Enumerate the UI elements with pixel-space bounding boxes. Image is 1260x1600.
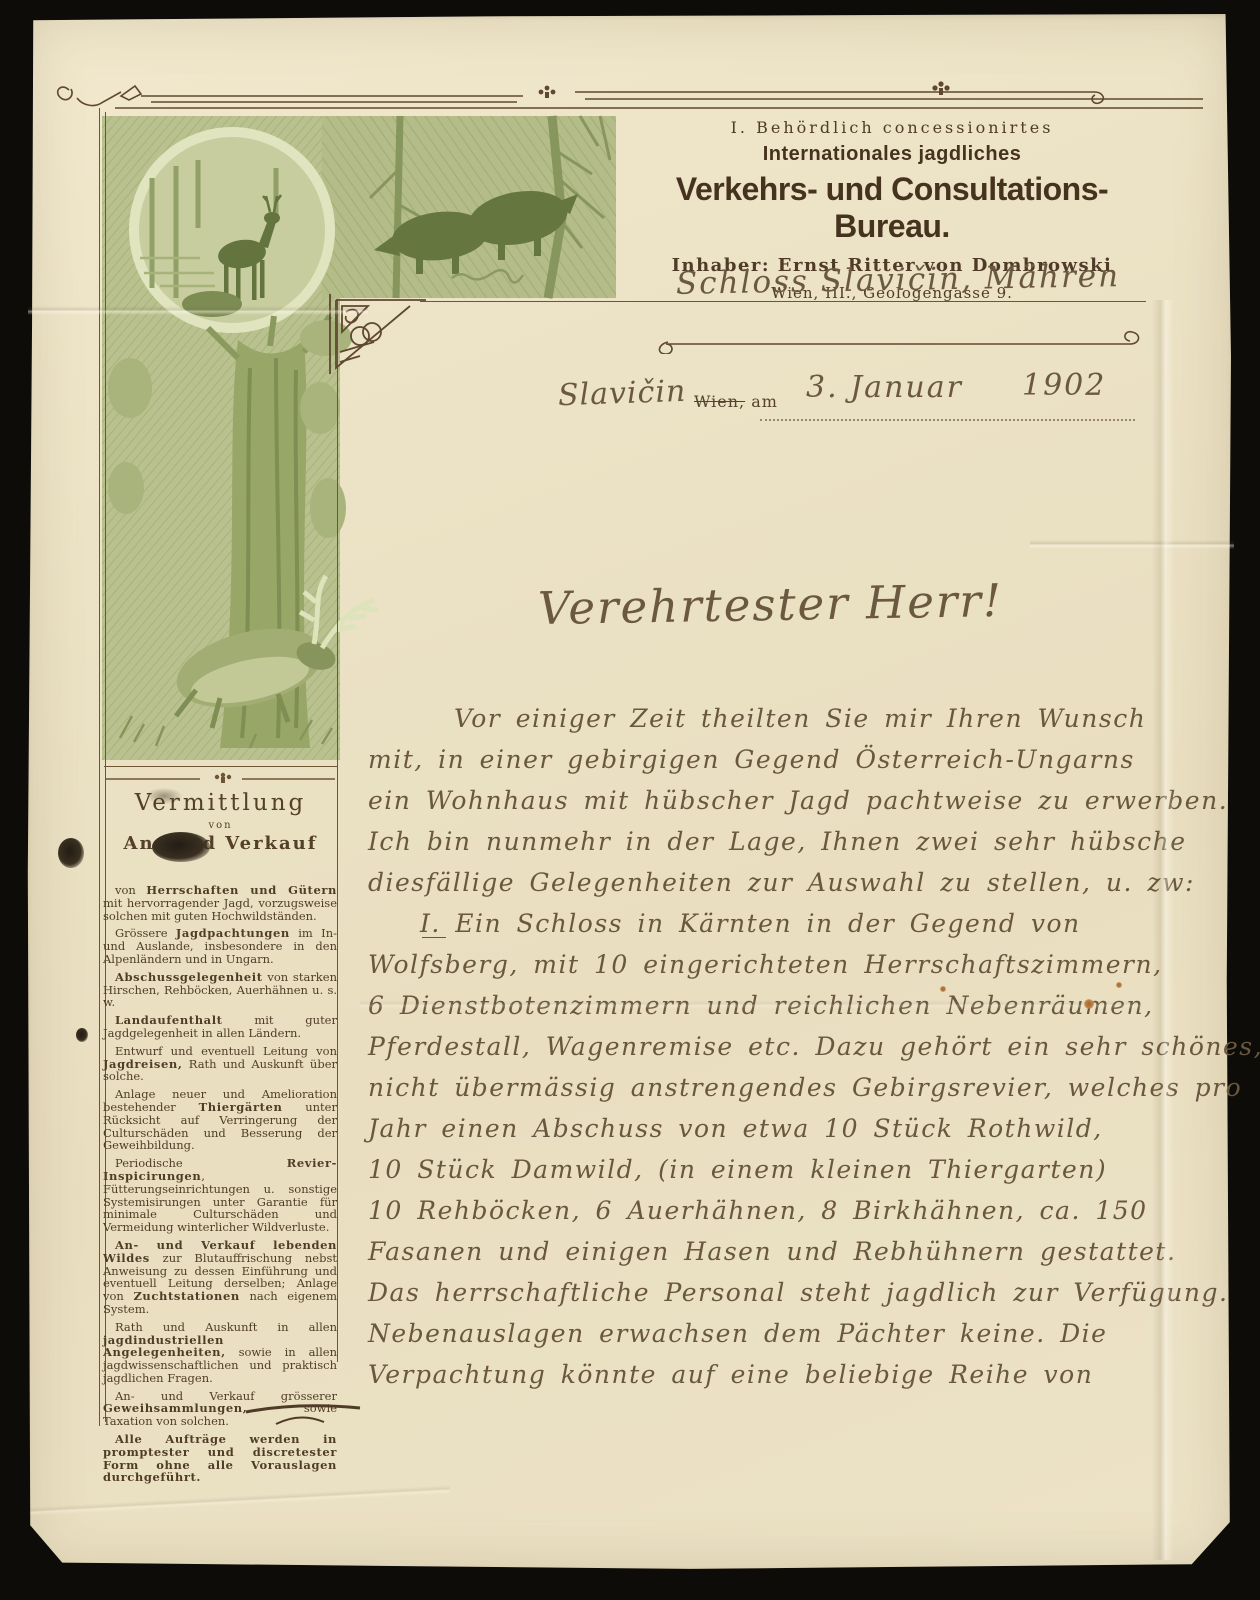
printed-date-template: Wien, am	[694, 392, 778, 411]
letter-line: 10 Rehböcken, 6 Auerhähnen, 8 Birkhähnen…	[368, 1190, 1173, 1231]
ink-blot	[152, 832, 210, 862]
ink-spot	[76, 1028, 88, 1042]
text-run-bold: Zuchtstationen	[133, 1289, 239, 1303]
sidebar-heading: Vermittlung von An- und Verkauf	[104, 790, 337, 854]
letter-line: Nebenauslagen erwachsen dem Pächter kein…	[368, 1313, 1173, 1354]
roman-numeral-underline	[422, 937, 446, 938]
fold-crease	[360, 1000, 1140, 1009]
letter-line: Jahr einen Abschuss von etwa 10 Stück Ro…	[368, 1108, 1173, 1149]
sidebar-paragraph: Periodische Revier-Inspicirungen, Fütter…	[103, 1157, 337, 1234]
sidebar-paragraph: An- und Verkauf lebenden Wildes zur Blut…	[103, 1239, 337, 1316]
fold-crease	[28, 306, 368, 315]
photo-of-1902-letter: { "letterhead": { "line1": "I. Behördlic…	[0, 0, 1260, 1600]
letter-line: diesfällige Gelegenheiten zur Auswahl zu…	[368, 862, 1173, 903]
letter-line: Pferdestall, Wagenremise etc. Dazu gehör…	[368, 1026, 1173, 1067]
letter-line: Das herrschaftliche Personal steht jagdl…	[368, 1272, 1173, 1313]
rust-spot	[1116, 982, 1122, 988]
letter-line: I. Ein Schloss in Kärnten in der Gegend …	[368, 903, 1173, 944]
letter-line: ein Wohnhaus mit hübscher Jagd pachtweis…	[368, 780, 1173, 821]
text-run: mit hervorragender Jagd, vorzugsweise so…	[103, 896, 337, 923]
ink-smudge	[146, 788, 182, 804]
printed-wien-struck: Wien,	[694, 392, 745, 411]
letter-line: nicht übermässig anstrengendes Gebirgsre…	[368, 1067, 1173, 1108]
sidebar-right-rule	[337, 300, 338, 1362]
rust-spot	[1084, 999, 1094, 1009]
handwritten-day-month: 3. Januar	[806, 370, 963, 405]
sidebar-subtitle-verkauf: An- und Verkauf	[104, 833, 337, 854]
salutation: Verehrtester Herr!	[538, 574, 1004, 635]
handwritten-year: 1902	[1022, 368, 1106, 403]
sidebar-paragraph: Landaufenthalt mit guter Jagdgelegenheit…	[103, 1014, 337, 1040]
fold-crease	[1152, 300, 1174, 1560]
text-run-bold: jagdindustriellen Angelegenheiten,	[103, 1333, 226, 1360]
letter-line: Fasanen und einigen Hasen und Rebhühnern…	[368, 1231, 1173, 1272]
sidebar-subtitle-von: von	[104, 820, 337, 831]
roe-deer-vignette	[134, 132, 330, 328]
letter-body: Vor einiger Zeit theilten Sie mir Ihren …	[368, 698, 1173, 1395]
text-run-bold: Alle Aufträge werden in promptester und …	[103, 1432, 337, 1484]
letter-line: 10 Stück Damwild, (in einem kleinen Thie…	[368, 1149, 1173, 1190]
sidebar-title: Vermittlung	[104, 790, 337, 816]
letterhead-line-concession: I. Behördlich concessionirtes	[628, 118, 1156, 137]
sidebar-paragraph: Alle Aufträge werden in promptester und …	[103, 1433, 337, 1484]
forest-hunting-illustration	[100, 108, 622, 763]
letter-line: Ich bin nunmehr in der Lage, Ihnen zwei …	[368, 821, 1173, 862]
letterhead-bureau-title: Verkehrs- und Consultations-Bureau.	[628, 171, 1156, 245]
sidebar-paragraph: Grössere Jagdpachtungen im In- und Ausla…	[103, 927, 337, 965]
sidebar-paragraph: Anlage neuer und Amelioration bestehende…	[103, 1088, 337, 1152]
letter-line: Verpachtung könnte auf eine beliebige Re…	[368, 1354, 1173, 1395]
letterhead-line-international: Internationales jagdliches	[628, 143, 1156, 166]
date-dotted-leader	[760, 419, 1135, 421]
handwritten-place: Slavičin	[557, 374, 686, 413]
trefoil-ornament	[539, 81, 950, 98]
ink-blot	[58, 838, 84, 868]
sidebar-bottom-flourish	[238, 1398, 368, 1438]
corner-ornament	[326, 292, 430, 376]
letter-line: mit, in einer gebirgigen Gegend Österrei…	[368, 739, 1173, 780]
letter-line: Vor einiger Zeit theilten Sie mir Ihren …	[368, 698, 1173, 739]
printed-am: am	[751, 392, 778, 411]
trefoil-ornament	[215, 773, 231, 783]
sidebar-paragraph: Entwurf und eventuell Leitung von Jagdre…	[103, 1045, 337, 1083]
sidebar-paragraph: von Herrschaften und Gütern mit hervorra…	[103, 884, 337, 922]
sidebar-top-divider	[104, 766, 337, 767]
sidebar-divider-ornament	[104, 772, 337, 786]
fold-crease	[1030, 540, 1234, 549]
sidebar-paragraph: Abschussgelegenheit von starken Hirschen…	[103, 971, 337, 1009]
sidebar-paragraph: Rath und Auskunft in allen jagdindustrie…	[103, 1321, 337, 1385]
rust-spot	[940, 986, 946, 992]
letterhead-underline-ornament	[650, 322, 1155, 354]
letter-line: Wolfsberg, mit 10 eingerichteten Herrsch…	[368, 944, 1173, 985]
